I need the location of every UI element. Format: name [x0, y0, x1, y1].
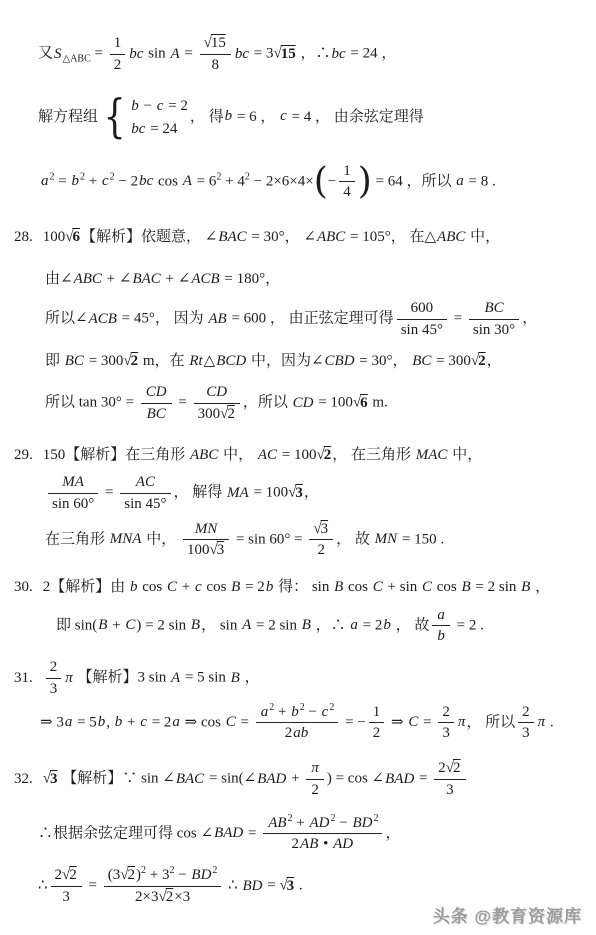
math-fraction: 12	[369, 703, 385, 744]
math-text: 2	[522, 704, 530, 720]
math-text: = 300	[432, 353, 470, 369]
math-text: ∴	[224, 878, 241, 894]
math-text: ，∴	[297, 46, 331, 62]
math-text: −	[140, 98, 156, 114]
solution-line: 28.100√6【解析】依题意， ∠BAC = 30°， ∠ABC = 105°…	[14, 228, 596, 248]
math-text: = 5	[73, 714, 96, 730]
radicand: 3	[321, 521, 330, 537]
math-variable: BAD	[256, 771, 287, 787]
solution-line: 即 BC = 300√2 m，在 Rt△BCD 中，因为∠CBD = 30°， …	[45, 352, 596, 372]
sqrt-radical: √2	[446, 760, 462, 776]
math-text: +	[293, 815, 309, 831]
fraction-numerator: 2	[438, 703, 454, 724]
math-text: 600	[411, 300, 434, 316]
math-text: 得： sin	[274, 579, 333, 595]
math-variable: Rt	[188, 353, 203, 369]
fraction-denominator: 8	[200, 55, 231, 75]
math-variable: BCD	[215, 353, 247, 369]
math-text: −	[305, 704, 321, 720]
math-variable: AC	[257, 447, 278, 463]
math-text: − 2	[115, 173, 138, 189]
math-variable: MA	[61, 474, 85, 490]
fraction-denominator: sin 45°	[120, 494, 170, 514]
math-variable: MNA	[109, 531, 143, 547]
fraction-numerator: √3	[309, 520, 333, 541]
math-variable: ABC	[316, 229, 346, 245]
math-text: 2【解析】由	[43, 579, 129, 595]
radicand: 2	[69, 867, 78, 883]
math-text: ， 在三角形	[332, 447, 415, 463]
math-variable: b	[265, 579, 275, 595]
math-text: ) = cos ∠	[327, 771, 384, 787]
math-text: m，在	[139, 353, 188, 369]
math-variable: π	[310, 760, 320, 776]
math-text: 3	[217, 542, 225, 558]
sqrt-radical: √2	[471, 353, 487, 369]
math-text: 1	[114, 35, 122, 51]
math-text: △	[204, 353, 216, 369]
math-text: 2	[324, 447, 332, 463]
sqrt-radical: √6	[353, 395, 369, 411]
math-text: +	[85, 173, 101, 189]
math-text: =	[91, 46, 107, 62]
fraction-numerator: (3√2)2 + 32 − BD2	[104, 866, 222, 887]
math-text: ，	[304, 485, 319, 501]
sqrt-radical: √2	[158, 889, 174, 905]
problem-number: 28.	[14, 229, 33, 245]
fraction-numerator: 2√2	[51, 866, 82, 887]
math-variable: a	[40, 173, 50, 189]
math-variable: CD	[205, 384, 228, 400]
math-text: cos	[154, 173, 182, 189]
math-text: = 5 sin	[181, 670, 229, 686]
math-variable: B	[520, 579, 531, 595]
math-text: 2×3	[135, 889, 158, 905]
math-variable: b	[436, 628, 446, 644]
radicand: 2	[453, 760, 462, 776]
math-text: 2	[50, 659, 58, 675]
math-text: ，	[385, 825, 400, 841]
math-text: = 2 sin	[252, 617, 300, 633]
math-text: 150【解析】在三角形	[43, 447, 189, 463]
math-variable: C	[124, 617, 136, 633]
math-fraction: (3√2)2 + 32 − BD22×3√2×3	[104, 866, 222, 907]
math-text: 4	[343, 184, 351, 200]
cases-rows: b − c = 2bc = 24	[130, 97, 188, 138]
fraction-denominator: 2ab	[256, 723, 339, 743]
math-variable: BD	[241, 878, 263, 894]
math-text: 即	[45, 353, 64, 369]
math-text: = 105°， 在△	[346, 229, 436, 245]
radical-sign-icon: √	[279, 878, 286, 894]
radicand: 2	[324, 447, 333, 463]
math-variable: b	[224, 108, 234, 124]
math-text: 2	[127, 867, 135, 883]
math-variable: ab	[292, 725, 309, 741]
sqrt-radical: √3	[279, 878, 295, 894]
math-variable: c	[194, 579, 203, 595]
math-variable: A	[241, 617, 252, 633]
math-variable: C	[225, 714, 237, 730]
math-text: 2	[373, 725, 381, 741]
math-variable: a	[349, 617, 359, 633]
math-fraction: √158	[200, 34, 231, 75]
math-text: 2	[166, 889, 174, 905]
math-text: − 2×6×4×	[250, 173, 314, 189]
math-variable: b	[382, 617, 392, 633]
math-variable: MN	[374, 531, 399, 547]
math-variable: ABC	[73, 271, 103, 287]
math-variable: B	[97, 617, 108, 633]
math-text: 在三角形	[45, 531, 109, 547]
math-variable: AC	[135, 474, 156, 490]
fraction-numerator: a2 + b2 − c2	[256, 703, 339, 724]
math-variable: B	[230, 579, 241, 595]
math-text: ， 解得	[174, 485, 227, 501]
fraction-denominator: 2	[306, 780, 324, 800]
math-text: + 4	[221, 173, 244, 189]
sqrt-radical: √2	[120, 867, 136, 883]
math-fraction: 23	[46, 658, 62, 699]
math-variable: π	[64, 670, 74, 686]
radical-sign-icon: √	[273, 46, 280, 62]
fraction-denominator: 3	[518, 723, 534, 743]
math-fraction: AB2 + AD2 − BD22AB • AD	[263, 814, 382, 855]
math-text: cos	[433, 579, 461, 595]
math-text: = 3	[250, 46, 273, 62]
sqrt-radical: √3	[313, 521, 329, 537]
math-text: sin 45°	[401, 322, 443, 338]
math-text: = 180°，	[221, 271, 280, 287]
problem-number: 32.	[14, 771, 33, 787]
fraction-numerator: π	[306, 759, 324, 780]
math-text: = 30°， ∠	[248, 229, 316, 245]
sqrt-radical: √15	[273, 46, 296, 62]
solution-line: 31.23π 【解析】3 sin A = 5 sin B ，	[14, 658, 596, 699]
math-text: +	[108, 617, 124, 633]
math-variable: a	[260, 704, 270, 720]
math-fraction: 2√23	[51, 866, 82, 907]
math-text: 100	[187, 542, 210, 558]
math-text: = 6	[193, 173, 216, 189]
solution-line: 所以∠ACB = 45°， 因为 AB = 600 ， 由正弦定理可得600si…	[45, 299, 596, 340]
math-variable: AB	[299, 836, 319, 852]
fraction-numerator: AC	[120, 473, 170, 494]
math-text: 3	[50, 771, 58, 787]
math-text: 2	[292, 836, 300, 852]
solution-line: 所以 tan 30° = CDBC = CD300√2，所以 CD = 100√…	[45, 383, 596, 424]
fraction-numerator: CD	[141, 383, 172, 404]
math-text: +	[274, 704, 290, 720]
math-variable: BAD	[213, 825, 244, 841]
left-paren-icon: (	[314, 164, 328, 200]
math-text: 2	[69, 867, 77, 883]
math-fraction: CD300√2	[194, 383, 240, 424]
math-variable: B	[461, 579, 472, 595]
math-text: +	[123, 714, 139, 730]
math-variable: π	[537, 714, 547, 730]
math-text: + 3	[146, 867, 169, 883]
solution-line: MAsin 60° = ACsin 45°， 解得 MA = 100√3，	[45, 473, 596, 514]
math-text: ，∴	[312, 617, 350, 633]
math-text: =	[415, 771, 431, 787]
math-text: 中，	[466, 229, 500, 245]
math-variable: CBD	[324, 353, 356, 369]
fraction-denominator: 3	[46, 679, 62, 699]
solution-line: 解方程组{b − c = 2bc = 24， 得b = 6 ， c = 4 ， …	[38, 97, 596, 138]
radicand: 2	[166, 889, 175, 905]
math-text: 所以 tan 30° =	[45, 395, 138, 411]
math-variable: b	[70, 173, 80, 189]
math-text: ，	[487, 353, 502, 369]
math-text: ∴根据余弦定理可得 cos ∠	[38, 825, 213, 841]
sqrt-radical: √3	[209, 542, 225, 558]
math-fraction: MAsin 60°	[48, 473, 98, 514]
sqrt-radical: √2	[220, 406, 236, 422]
superscript: 2	[373, 813, 378, 824]
solution-line: 又S△ABC = 12bc sin A = √158bc = 3√15 ，∴bc…	[38, 34, 596, 75]
math-variable: π	[457, 714, 467, 730]
math-text: = 45°， 因为	[118, 311, 207, 327]
math-text: 2	[453, 760, 461, 776]
math-text: =	[237, 714, 253, 730]
math-text: ， 所以	[466, 714, 515, 730]
math-text: sin 60°	[52, 496, 94, 512]
math-variable: A	[169, 46, 180, 62]
math-text: ⇒	[387, 714, 407, 730]
math-text: −	[328, 173, 336, 189]
math-variable: BC	[64, 353, 85, 369]
solution-line: a2 = b2 + c2 − 2bc cos A = 62 + 42 − 2×6…	[40, 162, 596, 203]
math-text: 100	[43, 229, 66, 245]
math-variable: AB	[207, 311, 227, 327]
math-text: ， 得	[190, 108, 224, 124]
fraction-denominator: 2	[110, 55, 126, 75]
math-text: sin 30°	[473, 322, 515, 338]
cases-row: b − c = 2	[130, 97, 188, 115]
radicand: 2	[478, 353, 487, 369]
radicand: 2	[131, 353, 140, 369]
fraction-denominator: 2AB • AD	[263, 834, 382, 854]
math-text: 3	[287, 878, 295, 894]
math-text: = 2 .	[453, 617, 484, 633]
math-variable: A	[182, 173, 193, 189]
math-text: =	[175, 395, 191, 411]
math-text: =	[55, 173, 71, 189]
radicand: 3	[287, 878, 296, 894]
math-text: = 100	[278, 447, 316, 463]
math-fraction: CDBC	[141, 383, 172, 424]
math-variable: a	[64, 714, 74, 730]
math-text: 2	[478, 353, 486, 369]
fraction-numerator: BC	[469, 299, 519, 320]
math-variable: CD	[145, 384, 168, 400]
fraction-denominator: 4	[339, 182, 355, 202]
fraction-numerator: CD	[194, 383, 240, 404]
fraction-numerator: 2√2	[434, 759, 465, 780]
radical-sign-icon: √	[204, 35, 211, 51]
radical-sign-icon: √	[313, 521, 320, 537]
right-paren-icon: )	[358, 164, 372, 200]
math-text: 【解析】∵ sin ∠	[58, 771, 174, 787]
math-text: +	[178, 579, 194, 595]
math-fraction: 2√23	[434, 759, 465, 800]
math-variable: ACB	[190, 271, 220, 287]
math-variable: BD	[351, 815, 373, 831]
radicand: 2	[127, 867, 136, 883]
fraction-numerator: √15	[200, 34, 231, 55]
solution-line: ∴2√23 = (3√2)2 + 32 − BD22×3√2×3 ∴ BD = …	[38, 866, 596, 907]
math-text: ∴	[38, 878, 48, 894]
math-text: =	[263, 878, 279, 894]
math-text: 2	[227, 406, 235, 422]
math-variable: BAC	[131, 271, 161, 287]
math-text: ， sin	[201, 617, 241, 633]
radicand: 6	[72, 229, 81, 245]
fraction-denominator: 3	[51, 887, 82, 907]
math-text: ， 故	[336, 531, 374, 547]
math-text: 中，	[448, 447, 482, 463]
math-text: .	[546, 714, 554, 730]
math-variable: a	[455, 173, 465, 189]
radical-sign-icon: √	[43, 771, 50, 787]
sqrt-radical: √2	[123, 353, 139, 369]
sqrt-radical: √15	[204, 35, 227, 51]
math-text: = 2	[359, 617, 382, 633]
math-text: 2	[55, 867, 63, 883]
math-variable: B	[333, 579, 344, 595]
math-variable: CD	[292, 395, 315, 411]
radicand: 3	[217, 542, 226, 558]
math-text: =	[244, 825, 260, 841]
radical-sign-icon: √	[123, 353, 130, 369]
math-text: ，所以	[243, 395, 292, 411]
math-text: =	[419, 714, 435, 730]
math-fraction: ab	[432, 606, 450, 647]
parenthesized-group: (−14)	[314, 162, 372, 203]
math-fraction: 14	[339, 162, 355, 203]
math-variable: MAC	[415, 447, 449, 463]
fraction-numerator: 2	[46, 658, 62, 679]
math-text: = 4 ， 由余弦定理得	[288, 108, 424, 124]
math-text: m.	[369, 395, 388, 411]
math-fraction: √32	[309, 520, 333, 561]
math-text: = 30°，	[356, 353, 412, 369]
math-variable: A	[170, 670, 181, 686]
fraction-numerator: 1	[369, 703, 385, 724]
solution-line: ∴根据余弦定理可得 cos ∠BAD = AB2 + AD2 − BD22AB …	[38, 814, 596, 855]
fraction-denominator: 2	[369, 723, 385, 743]
math-text: 3	[442, 725, 450, 741]
math-text: ,	[106, 714, 114, 730]
math-variable: S	[53, 46, 63, 62]
math-text: 解方程组	[38, 108, 98, 124]
math-text: 中，因为∠	[247, 353, 323, 369]
equation-system: {b − c = 2bc = 24	[100, 97, 188, 138]
fraction-numerator: a	[432, 606, 450, 627]
math-variable: b	[129, 579, 139, 595]
fraction-denominator: sin 45°	[397, 320, 447, 340]
math-text: 2	[114, 57, 122, 73]
math-variable: bc	[234, 46, 250, 62]
fraction-denominator: 100√3	[183, 540, 229, 560]
math-variable: b	[290, 704, 300, 720]
fraction-numerator: 1	[110, 34, 126, 55]
math-text: +	[287, 771, 303, 787]
math-text: ⇒ cos	[181, 714, 225, 730]
math-text: .	[295, 878, 303, 894]
math-variable: MA	[226, 485, 250, 501]
radicand: 15	[211, 35, 227, 51]
math-text: 3	[50, 681, 58, 697]
math-text: ×3	[174, 889, 190, 905]
math-text: = 2	[148, 714, 171, 730]
math-text: =	[450, 311, 466, 327]
math-fraction: BCsin 30°	[469, 299, 519, 340]
math-fraction: 12	[110, 34, 126, 75]
fraction-denominator: 2×3√2×3	[104, 887, 222, 907]
fraction-denominator: 2	[309, 540, 333, 560]
math-variable: ABC	[436, 229, 466, 245]
math-text: 中，	[219, 447, 257, 463]
math-variable: C	[372, 579, 384, 595]
math-text: = 2 sin	[472, 579, 520, 595]
math-text: 2	[438, 760, 446, 776]
math-fraction: 23	[438, 703, 454, 744]
math-text: + sin	[384, 579, 421, 595]
math-variable: BAC	[175, 771, 205, 787]
math-fraction: 600sin 45°	[397, 299, 447, 340]
math-text: 6	[360, 395, 368, 411]
math-text: 又	[38, 46, 53, 62]
math-variable: MN	[194, 521, 219, 537]
fraction-denominator: sin 60°	[48, 494, 98, 514]
math-text: = 100	[250, 485, 288, 501]
math-variable: b	[97, 714, 107, 730]
math-variable: C	[407, 714, 419, 730]
cases-row: bc = 24	[130, 120, 188, 138]
solution-line: 30.2【解析】由 b cos C + c cos B = 2b 得： sin …	[14, 578, 596, 598]
solution-line: 在三角形 MNA 中， MN100√3 = sin 60° = √32， 故 M…	[45, 520, 596, 561]
math-text: ⇒ 3	[40, 714, 64, 730]
math-text: = 6 ，	[233, 108, 279, 124]
math-text: = 100	[314, 395, 352, 411]
math-text: •	[319, 836, 332, 852]
fraction-denominator: 300√2	[194, 404, 240, 424]
math-variable: bc	[128, 46, 144, 62]
math-text: 15	[281, 46, 296, 62]
math-fraction: MN100√3	[183, 520, 229, 561]
solution-line: 即 sin(B + C) = 2 sin B， sin A = 2 sin B …	[56, 606, 596, 647]
math-variable: AB	[267, 815, 287, 831]
math-text: = 8 .	[465, 173, 496, 189]
math-text: cos	[203, 579, 231, 595]
fraction-denominator: sin 30°	[469, 320, 519, 340]
math-variable: bc	[130, 121, 146, 137]
fraction-numerator: 1	[339, 162, 355, 183]
math-variable: b	[114, 714, 124, 730]
problem-number: 30.	[14, 579, 33, 595]
math-variable: BAC	[217, 229, 247, 245]
math-variable: B	[301, 617, 312, 633]
math-text: cos	[344, 579, 372, 595]
fraction-denominator: 3	[438, 723, 454, 743]
math-text: 3	[321, 521, 329, 537]
math-variable: B	[190, 617, 201, 633]
math-text: =	[85, 878, 101, 894]
radicand: 15	[281, 46, 297, 62]
fraction-denominator: 3	[434, 780, 465, 800]
